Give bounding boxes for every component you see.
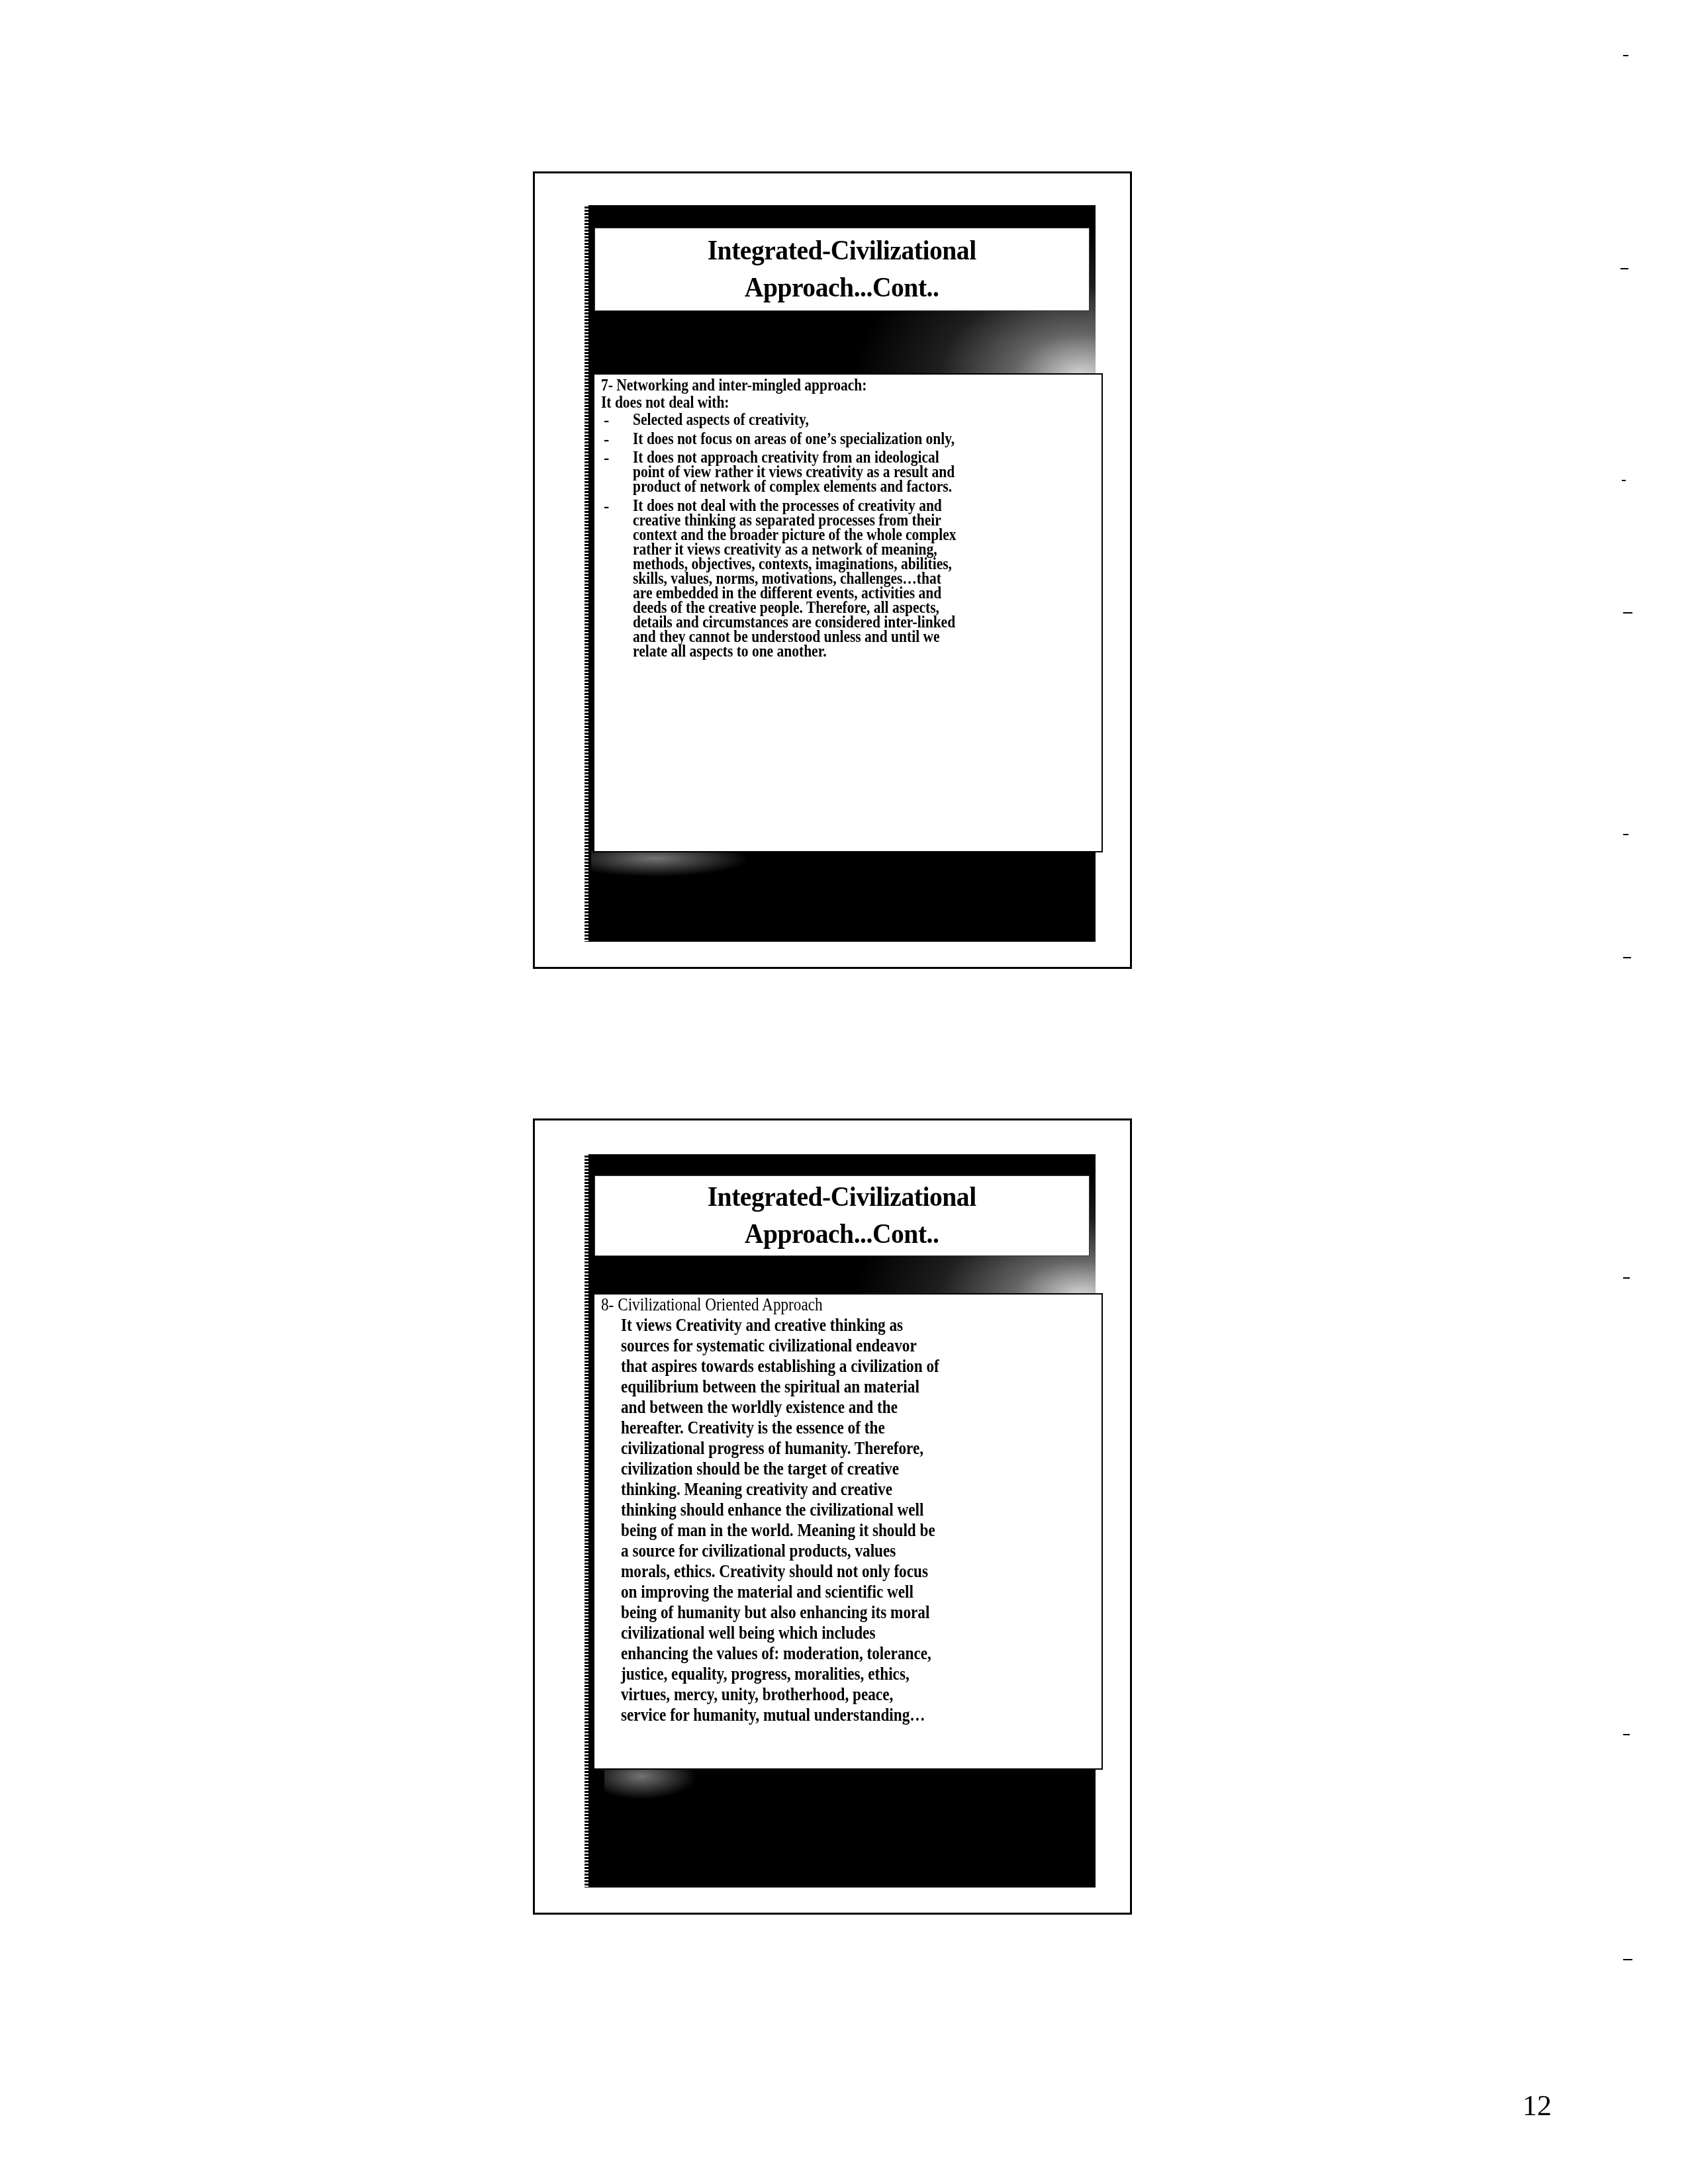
slide-1-title-line-1: Integrated-Civilizational — [708, 232, 976, 269]
slide-2-line-14: on improving the material and scientific… — [621, 1582, 914, 1602]
scan-mark — [1623, 957, 1631, 958]
slide-2-edge — [585, 1154, 588, 1888]
slide-2-line-4: equilibrium between the spiritual an mat… — [621, 1377, 919, 1397]
slide-2-line-15: being of humanity but also enhancing its… — [621, 1602, 929, 1623]
slide-2-title-box: Integrated-Civilizational Approach...Con… — [594, 1175, 1090, 1256]
slide-2-line-6: hereafter. Creativity is the essence of … — [621, 1418, 885, 1438]
slide-2-line-1: It views Creativity and creative thinkin… — [621, 1315, 903, 1336]
slide-2-line-16: civilizational well being which includes — [621, 1623, 875, 1643]
slide-1-item-1-line-1: Selected aspects of creativity, — [633, 411, 809, 430]
slide-2-line-12: a source for civilizational products, va… — [621, 1541, 896, 1561]
slide-2-speck — [604, 1766, 697, 1799]
slide-2-body: 8- Civilizational Oriented Approach It v… — [593, 1293, 1103, 1770]
slide-2-line-3: that aspires towards establishing a civi… — [621, 1356, 939, 1377]
slide-2-line-13: morals, ethics. Creativity should not on… — [621, 1561, 928, 1582]
scan-mark — [1623, 834, 1628, 835]
slide-2-line-5: and between the worldly existence and th… — [621, 1397, 898, 1418]
slide-1-title-line-2: Approach...Cont.. — [745, 269, 939, 306]
slide-2-line-10: thinking should enhance the civilization… — [621, 1500, 923, 1520]
slide-2-line-19: virtues, mercy, unity, brotherhood, peac… — [621, 1684, 893, 1705]
slide-2-heading: 8- Civilizational Oriented Approach — [601, 1295, 823, 1315]
scan-mark — [1623, 1734, 1630, 1735]
slide-1-bullet-4: - — [604, 498, 609, 516]
slide-1-speck — [591, 850, 750, 877]
slide-2-line-9: thinking. Meaning creativity and creativ… — [621, 1479, 892, 1500]
scan-mark — [1623, 612, 1632, 614]
slide-1-intro: It does not deal with: — [601, 394, 729, 412]
slide-1-edge — [585, 205, 588, 942]
slide-2-line-7: civilizational progress of humanity. The… — [621, 1438, 923, 1459]
slide-2-line-18: justice, equality, progress, moralities,… — [621, 1664, 910, 1684]
slide-1-title-box: Integrated-Civilizational Approach...Con… — [594, 228, 1090, 311]
slide-2-title-line-1: Integrated-Civilizational — [708, 1179, 976, 1216]
scan-mark — [1620, 268, 1628, 269]
slide-2-line-17: enhancing the values of: moderation, tol… — [621, 1643, 931, 1664]
slide-1-body: 7- Networking and inter-mingled approach… — [593, 373, 1103, 852]
slide-1-bullet-1: - — [604, 412, 609, 430]
slide-1-heading: 7- Networking and inter-mingled approach… — [601, 377, 867, 395]
slide-2-line-8: civilization should be the target of cre… — [621, 1459, 899, 1479]
slide-1-item-2-line-1: It does not focus on areas of one’s spec… — [633, 430, 955, 449]
slide-2-line-20: service for humanity, mutual understandi… — [621, 1705, 925, 1725]
slide-2-line-2: sources for systematic civilizational en… — [621, 1336, 917, 1356]
page-number: 12 — [1523, 2089, 1552, 2122]
slide-1-bullet-2: - — [604, 431, 609, 449]
scan-mark — [1622, 480, 1626, 481]
slide-1-item-3-line-3: product of network of complex elements a… — [633, 478, 952, 496]
slide-1-item-4-line-11: relate all aspects to one another. — [633, 643, 827, 661]
scan-mark — [1623, 1277, 1630, 1279]
slide-2-title-line-2: Approach...Cont.. — [745, 1216, 939, 1253]
scan-mark — [1623, 55, 1628, 56]
slide-1-bullet-3: - — [604, 449, 609, 468]
slide-2-line-11: being of man in the world. Meaning it sh… — [621, 1520, 935, 1541]
scan-mark — [1623, 1959, 1632, 1960]
